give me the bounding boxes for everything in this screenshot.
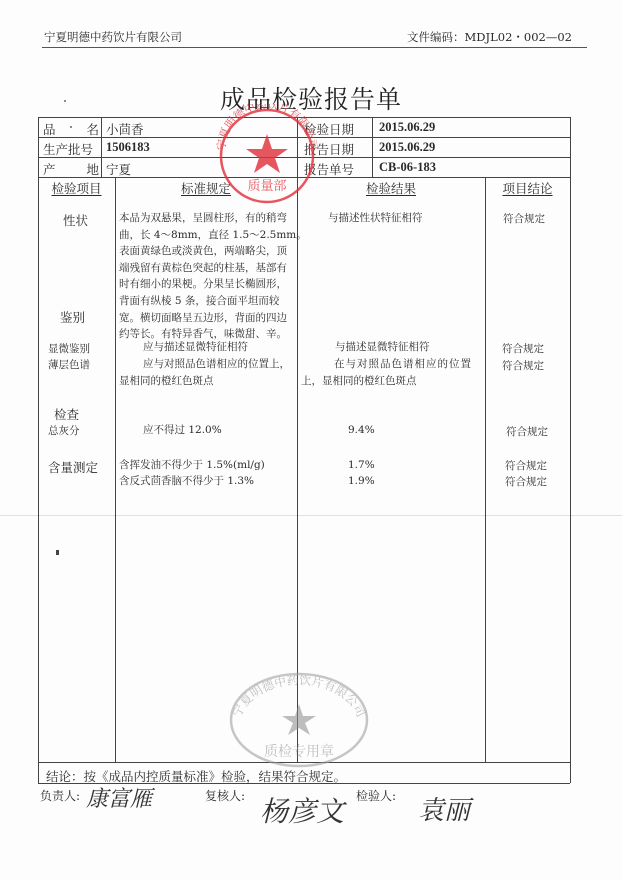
report-date-value: 2015.06.29: [379, 140, 435, 155]
table-rule: [485, 177, 486, 762]
table-rule: [101, 117, 102, 177]
standard-total-ash: 应不得过 12.0%: [143, 422, 222, 439]
responsible-signature: 康富雁: [86, 782, 152, 813]
result-total-ash: 9.4%: [348, 422, 375, 439]
item-microscopic: 显微鉴别: [48, 341, 90, 356]
conclusion-appearance: 符合规定: [503, 211, 545, 228]
item-tlc: 薄层色谱: [48, 357, 90, 372]
company-name: 宁夏明德中药饮片有限公司: [44, 29, 182, 45]
heading-identification: 鉴别: [60, 308, 85, 326]
standard-microscopic: 应与描述显微特征相符: [143, 339, 248, 356]
standard-volatile-oil: 含挥发油不得少于 1.5%(ml/g): [119, 457, 265, 474]
origin-label: 产地: [43, 160, 99, 178]
scan-artifact-line: [0, 515, 622, 516]
reviewer-signature: 杨彦文: [260, 790, 344, 830]
heading-check: 检查: [54, 405, 79, 423]
column-header-item: 检验项目: [38, 179, 115, 197]
standard-line: 端残留有黄棕色突起的柱基，基部有: [119, 260, 307, 277]
standard-line: 表面黄绿色或淡黄色，两端略尖，顶: [119, 243, 307, 260]
batch-label: 生产批号: [43, 140, 93, 158]
inspector-signature: 袁丽: [418, 790, 470, 827]
table-border-right: [570, 117, 571, 783]
table-border-left: [38, 117, 39, 783]
standard-line: 背面有纵棱 5 条，接合面平坦而较: [119, 293, 307, 310]
result-volatile-oil: 1.7%: [348, 457, 375, 474]
header-rule: [42, 47, 587, 48]
batch-value: 1506183: [106, 140, 150, 155]
document-code-value: MDJL02・002—02: [465, 30, 572, 44]
qc-special-seal: 宁夏明德中药饮片有限公司 质检专用章: [226, 668, 372, 768]
result-microscopic: 与描述显微特征相符: [335, 339, 430, 356]
result-appearance: 与描述性状特征相符: [328, 210, 423, 227]
seal-bottom-text: 质检专用章: [264, 743, 334, 760]
origin-value: 宁夏: [106, 160, 131, 178]
column-header-result: 检验结果: [297, 179, 485, 197]
standard-anethole: 含反式茴香脑不得少于 1.3%: [119, 473, 254, 490]
inspect-date-value: 2015.06.29: [379, 120, 435, 135]
standard-appearance: 本品为双悬果，呈圆柱形，有的稍弯 曲，长 4～8mm，直径 1.5～2.5mm。…: [119, 210, 307, 343]
report-date-label: 报告日期: [304, 140, 354, 158]
standard-line: 时有细小的果梗。分果呈长椭圆形，: [119, 276, 307, 293]
responsible-label: 负责人:: [40, 787, 80, 804]
standard-tlc-line1: 应与对照品色谱相应的位置上，: [143, 356, 290, 373]
document-code: 文件编码：MDJL02・002—02: [407, 29, 572, 45]
conclusion-tlc: 符合规定: [502, 358, 544, 375]
result-anethole: 1.9%: [348, 473, 375, 490]
item-appearance: 性状: [63, 211, 88, 229]
column-header-conclusion: 项目结论: [485, 179, 570, 197]
document-code-label: 文件编码：: [407, 30, 465, 44]
report-no-value: CB-06-183: [379, 160, 436, 175]
heading-assay: 含量测定: [48, 458, 98, 476]
table-rule: [115, 177, 116, 762]
svg-text:宁夏明德中药饮片有限公司: 宁夏明德中药饮片有限公司: [230, 673, 368, 719]
inspect-date-label: 检验日期: [304, 120, 354, 138]
reviewer-label: 复核人:: [205, 787, 245, 804]
scan-speck: [56, 550, 59, 555]
result-tlc-line1: 在与对照品色谱相应的位置: [334, 356, 472, 373]
item-total-ash: 总灰分: [48, 423, 80, 438]
conclusion-total-ash: 符合规定: [506, 424, 548, 441]
table-rule: [38, 762, 570, 763]
conclusion-volatile-oil: 符合规定: [505, 458, 547, 475]
standard-line: 宽。横切面略呈五边形，背面的四边: [119, 310, 307, 327]
standard-line: 本品为双悬果，呈圆柱形，有的稍弯: [119, 210, 307, 227]
inspector-label: 检验人:: [356, 787, 396, 804]
report-no-label: 报告单号: [304, 160, 354, 178]
product-name-label: 品名: [43, 120, 99, 138]
conclusion-microscopic: 符合规定: [502, 341, 544, 358]
column-header-standard: 标准规定: [115, 179, 297, 197]
seal-text: 宁夏明德中药饮片有限公司: [230, 673, 368, 719]
result-tlc-line2: 上，显相同的橙红色斑点: [301, 373, 417, 390]
product-name-value: 小茴香: [106, 120, 144, 138]
table-rule: [372, 117, 373, 177]
report-title: 成品检验报告单: [0, 80, 622, 116]
conclusion-anethole: 符合规定: [505, 474, 547, 491]
table-border-top: [38, 117, 570, 118]
standard-line: 曲，长 4～8mm，直径 1.5～2.5mm。: [119, 227, 307, 244]
standard-tlc-line2: 显相同的橙红色斑点: [119, 373, 214, 390]
